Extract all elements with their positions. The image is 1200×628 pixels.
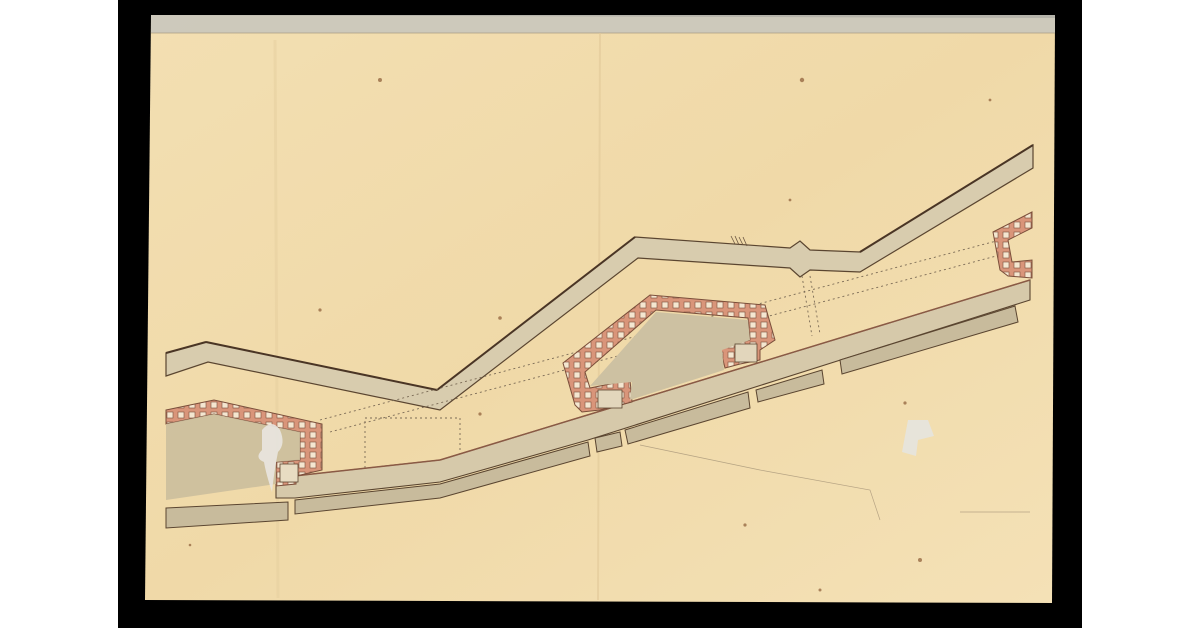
map-drawing bbox=[0, 0, 1200, 628]
